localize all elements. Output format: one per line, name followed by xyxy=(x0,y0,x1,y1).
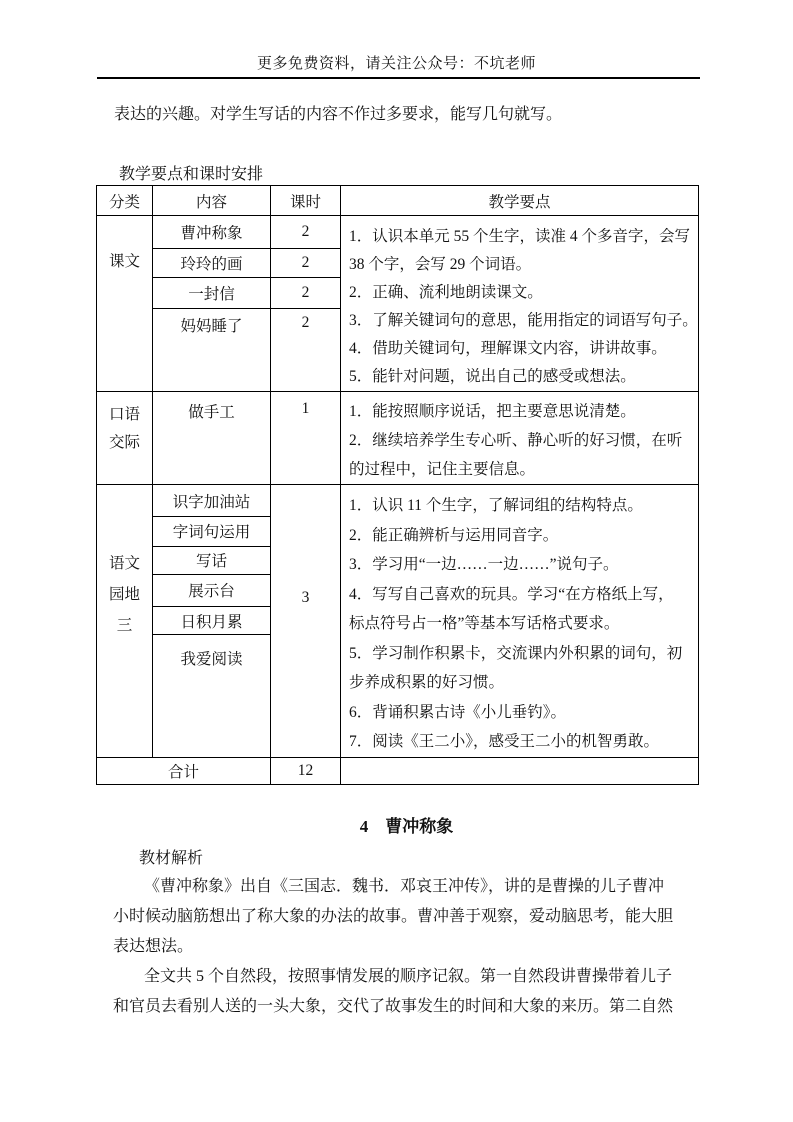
table-row: 语文 园地 三 识字加油站 3 1．认识 11 个生字，了解词组的结构特点。 2… xyxy=(97,485,699,517)
table-total-row: 合计 12 xyxy=(97,757,699,784)
teaching-schedule-table: 分类 内容 课时 教学要点 课文 曹冲称象 2 1．认识本单元 55 个生字，读… xyxy=(96,185,699,785)
lesson-heading: 4 曹冲称象 xyxy=(0,812,793,837)
point-line: 5．学习制作积累卡，交流课内外积累的词句，初 xyxy=(349,639,696,669)
text-line: 和官员去看别人送的一头大象，交代了故事发生的时间和大象的来历。第二自然 xyxy=(113,992,683,1022)
category-label: 语文 xyxy=(97,548,152,579)
point-line: 5．能针对问题，说出自己的感受或想法。 xyxy=(349,363,696,391)
point-line: 3．了解关键词句的意思，能用指定的词语写句子。 xyxy=(349,307,696,335)
content-cell: 写话 xyxy=(153,546,271,574)
category-cell-kewen: 课文 xyxy=(97,216,153,392)
content-cell: 玲玲的画 xyxy=(153,249,271,278)
content-cell: 日积月累 xyxy=(153,607,271,635)
periods-cell: 1 xyxy=(271,392,341,485)
points-cell-oral: 1．能按照顺序说话，把主要意思说清楚。 2．继续培养学生专心听、静心听的好习惯，… xyxy=(341,392,699,485)
point-line: 7．阅读《王二小》，感受王二小的机智勇敢。 xyxy=(349,727,696,757)
periods-cell-garden: 3 xyxy=(271,485,341,758)
text-line: 表达想法。 xyxy=(113,932,683,962)
column-header-periods: 课时 xyxy=(271,186,341,216)
table-row: 口语 交际 做手工 1 1．能按照顺序说话，把主要意思说清楚。 2．继续培养学生… xyxy=(97,392,699,485)
point-line: 2．继续培养学生专心听、静心听的好习惯，在听 xyxy=(349,426,696,455)
intro-paragraph: 表达的兴趣。对学生写话的内容不作过多要求，能写几句就写。 xyxy=(114,104,562,126)
table-title: 教学要点和课时安排 xyxy=(119,161,263,184)
table-row: 课文 曹冲称象 2 1．认识本单元 55 个生字，读准 4 个多音字，会写 38… xyxy=(97,216,699,249)
point-line: 1．认识本单元 55 个生字，读准 4 个多音字，会写 xyxy=(349,223,696,251)
text-line: 全文共 5 个自然段，按照事情发展的顺序记叙。第一自然段讲曹操带着儿子 xyxy=(113,962,683,992)
periods-cell: 2 xyxy=(271,278,341,309)
category-label: 园地 xyxy=(97,579,152,610)
content-cell: 我爱阅读 xyxy=(153,635,271,757)
point-line: 38 个字，会写 29 个词语。 xyxy=(349,251,696,279)
point-line: 3．学习用“一边……一边……”说句子。 xyxy=(349,550,696,580)
total-label-cell: 合计 xyxy=(97,757,271,784)
column-header-points: 教学要点 xyxy=(341,186,699,216)
text-line: 小时候动脑筋想出了称大象的办法的故事。曹冲善于观察，爱动脑思考，能大胆 xyxy=(113,902,683,932)
content-cell: 一封信 xyxy=(153,278,271,309)
point-line: 步养成积累的好习惯。 xyxy=(349,668,696,698)
category-label: 口语 xyxy=(97,401,152,429)
column-header-content: 内容 xyxy=(153,186,271,216)
total-periods-cell: 12 xyxy=(271,757,341,784)
points-cell-garden: 1．认识 11 个生字，了解词组的结构特点。 2．能正确辨析与运用同音字。 3．… xyxy=(341,485,699,758)
total-points-cell xyxy=(341,757,699,784)
category-cell-oral: 口语 交际 xyxy=(97,392,153,485)
point-line: 标点符号占一格”等基本写话格式要求。 xyxy=(349,609,696,639)
point-line: 4．借助关键词句，理解课文内容，讲讲故事。 xyxy=(349,335,696,363)
point-line: 1．认识 11 个生字，了解词组的结构特点。 xyxy=(349,491,696,521)
content-cell: 妈妈睡了 xyxy=(153,309,271,392)
table-header-row: 分类 内容 课时 教学要点 xyxy=(97,186,699,216)
point-line: 的过程中，记住主要信息。 xyxy=(349,455,696,484)
point-line: 2．能正确辨析与运用同音字。 xyxy=(349,521,696,551)
category-cell-garden: 语文 园地 三 xyxy=(97,485,153,758)
point-line: 2．正确、流利地朗读课文。 xyxy=(349,279,696,307)
periods-cell: 2 xyxy=(271,216,341,249)
column-header-category: 分类 xyxy=(97,186,153,216)
point-line: 6．背诵积累古诗《小儿垂钓》。 xyxy=(349,698,696,728)
category-label: 三 xyxy=(97,610,152,641)
points-cell-kewen: 1．认识本单元 55 个生字，读准 4 个多音字，会写 38 个字，会写 29 … xyxy=(341,216,699,392)
content-cell: 展示台 xyxy=(153,574,271,606)
document-page: 更多免费资料，请关注公众号：不坑老师 表达的兴趣。对学生写话的内容不作过多要求，… xyxy=(0,0,793,1122)
header-divider-rule xyxy=(97,77,700,79)
point-line: 1．能按照顺序说话，把主要意思说清楚。 xyxy=(349,397,696,426)
content-cell: 曹冲称象 xyxy=(153,216,271,249)
category-label: 交际 xyxy=(97,429,152,457)
analysis-subheading: 教材解析 xyxy=(139,845,203,868)
text-line: 《曹冲称象》出自《三国志．魏书．邓哀王冲传》，讲的是曹操的儿子曹冲 xyxy=(113,872,683,902)
content-cell: 字词句运用 xyxy=(153,517,271,546)
content-cell: 做手工 xyxy=(153,392,271,485)
page-header-note: 更多免费资料，请关注公众号：不坑老师 xyxy=(0,52,793,73)
point-line: 4．写写自己喜欢的玩具。学习“在方格纸上写， xyxy=(349,580,696,610)
periods-cell: 2 xyxy=(271,249,341,278)
content-cell: 识字加油站 xyxy=(153,485,271,517)
category-label: 课文 xyxy=(97,248,152,276)
analysis-text: 《曹冲称象》出自《三国志．魏书．邓哀王冲传》，讲的是曹操的儿子曹冲 小时候动脑筋… xyxy=(113,872,683,1022)
periods-cell: 2 xyxy=(271,309,341,392)
